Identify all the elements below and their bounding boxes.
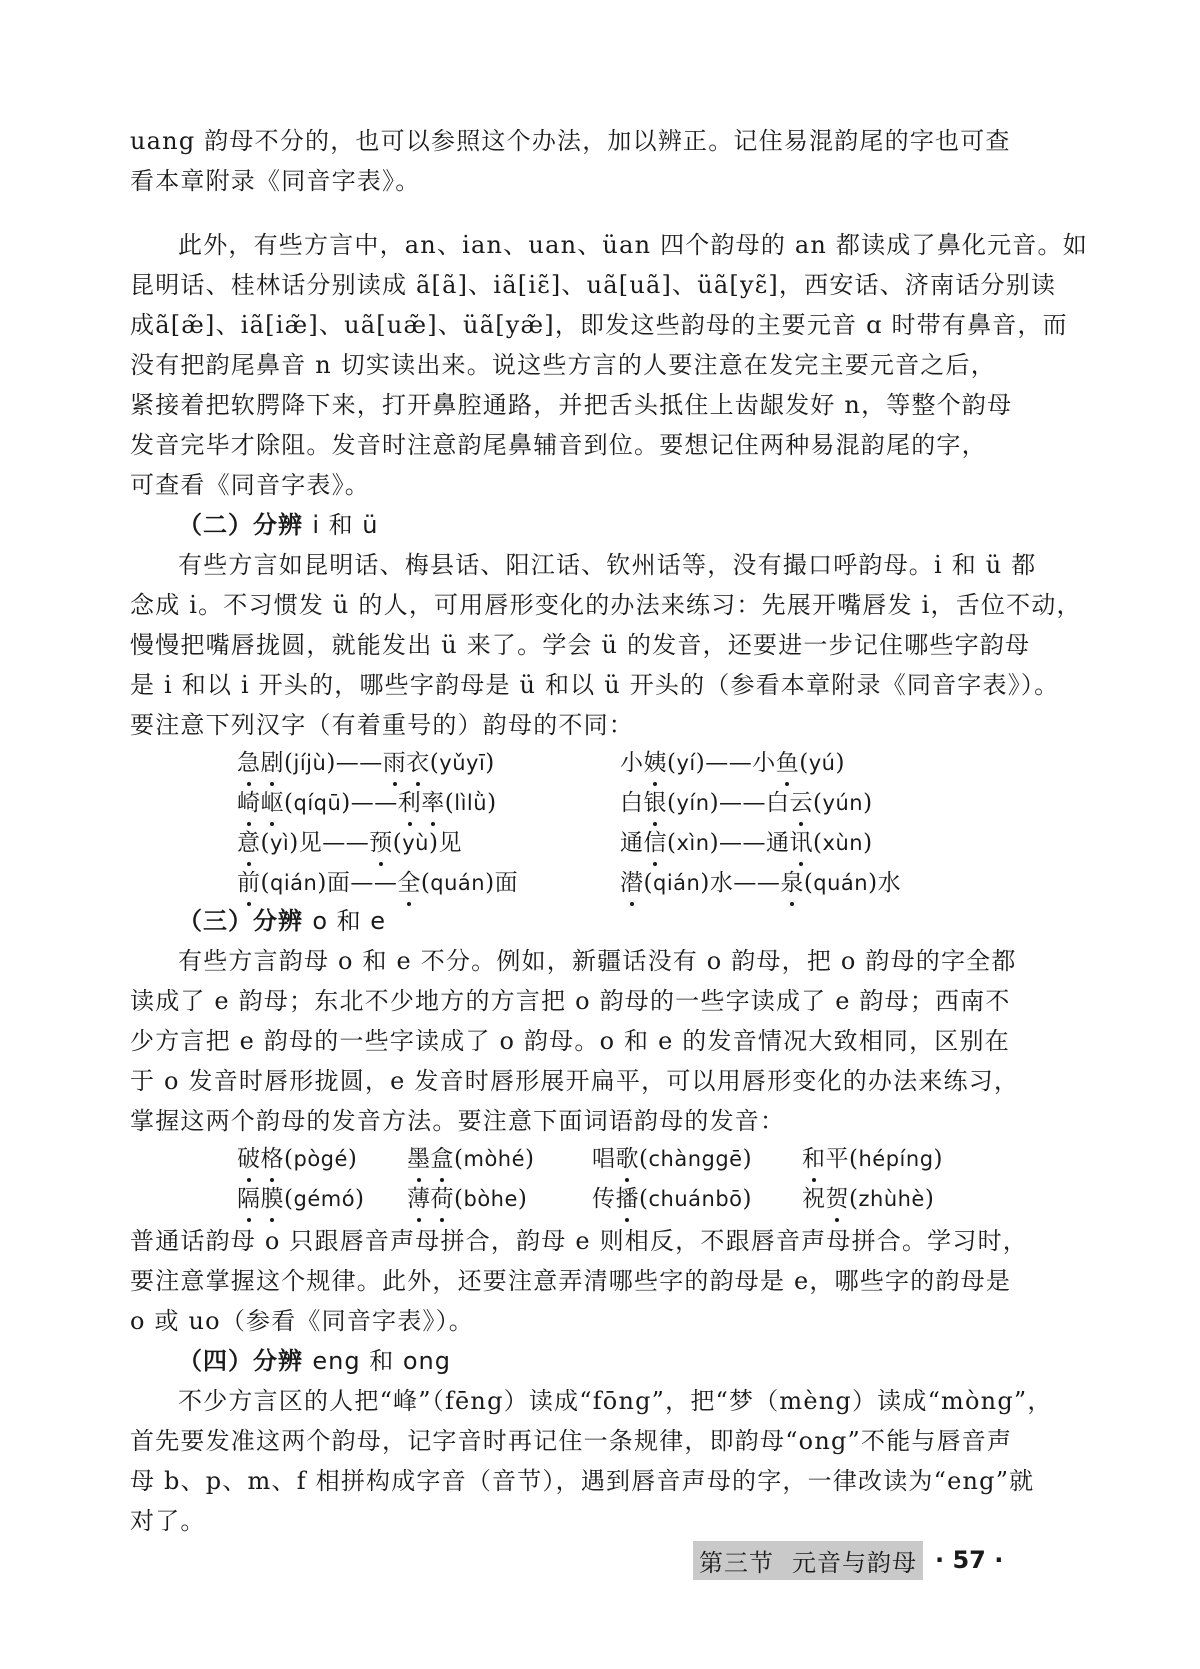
example-word-row: 隔膜(gémó)薄荷(bòhe)传播(chuánbō)祝贺(zhùhè) <box>237 1184 934 1214</box>
paragraph-line: 有些方言韵母 o 和 e 不分。例如，新疆话没有 o 韵母，把 o 韵母的字全都 <box>178 946 1048 976</box>
paragraph-line: 于 o 发音时唇形拢圆，e 发音时唇形展开扁平，可以用唇形变化的办法来练习， <box>130 1066 1000 1096</box>
paragraph-line: 读成了 e 韵母；东北不少地方的方言把 o 韵母的一些字读成了 e 韵母；西南不 <box>130 986 1000 1016</box>
paragraph-line: 是 i 和以 i 开头的，哪些字韵母是 ü 和以 ü 开头的（参看本章附录《同音… <box>130 670 1000 700</box>
section-latin: i 和 ü <box>312 511 378 539</box>
paragraph-line: 有些方言如昆明话、梅县话、阳江话、钦州话等，没有撮口呼韵母。i 和 ü 都 <box>178 550 1048 580</box>
paragraph-line: 可查看《同音字表》。 <box>130 470 1000 500</box>
example-pair: 白银(yín)——白云(yún) <box>620 788 873 818</box>
section-number: （二） <box>178 511 253 539</box>
paragraph-line: 对了。 <box>130 1506 1000 1536</box>
example-pair: 小姨(yí)——小鱼(yú) <box>620 748 845 778</box>
paragraph-line: 不少方言区的人把“峰”（fēng）读成“fōng”，把“梦（mèng）读成“mò… <box>178 1386 1048 1416</box>
footer-title: 元音与韵母 <box>792 1549 917 1577</box>
section-latin: eng 和 ong <box>312 1347 451 1375</box>
example-pair: 潜(qián)水——泉(quán)水 <box>620 868 901 898</box>
section-latin: o 和 e <box>312 907 386 935</box>
page-footer: 第三节元音与韵母 · 57 · <box>693 1542 1003 1578</box>
paragraph-line: 昆明话、桂林话分别读成 ã[ã]、iã[iɛ̃]、uã[uã]、üã[yɛ̃]，… <box>130 270 1000 300</box>
section-number: （三） <box>178 907 253 935</box>
section-number: （四） <box>178 1347 253 1375</box>
paragraph-line: 要注意掌握这个规律。此外，还要注意弄清哪些字的韵母是 e，哪些字的韵母是 <box>130 1266 1000 1296</box>
paragraph-line: 发音完毕才除阻。发音时注意韵尾鼻辅音到位。要想记住两种易混韵尾的字， <box>130 430 1000 460</box>
paragraph-line: 成ã[æ̃]、iã[iæ̃]、uã[uæ̃]、üã[yæ̃]，即发这些韵母的主要… <box>130 310 1000 340</box>
paragraph-line: 首先要发准这两个韵母，记字音时再记住一条规律，即韵母“ong”不能与唇音声 <box>130 1426 1000 1456</box>
paragraph-line: 没有把韵尾鼻音 n 切实读出来。说这些方言的人要注意在发完主要元音之后， <box>130 350 1000 380</box>
paragraph-line: uang 韵母不分的，也可以参照这个办法，加以辨正。记住易混韵尾的字也可查 <box>130 126 1000 156</box>
page-number: · 57 · <box>935 1546 1003 1574</box>
paragraph-line: 慢慢把嘴唇拢圆，就能发出 ü 来了。学会 ü 的发音，还要进一步记住哪些字韵母 <box>130 630 1000 660</box>
example-word-row: 破格(pògé)墨盒(mòhé)唱歌(chànggē)和平(hépíng) <box>237 1144 943 1174</box>
example-pair: 崎岖(qíqū)——利率(lìlǜ) <box>237 788 497 818</box>
example-pair: 急剧(jíjù)——雨衣(yǔyī) <box>237 748 495 778</box>
paragraph-line: 此外，有些方言中，an、ian、uan、üan 四个韵母的 an 都读成了鼻化元… <box>178 230 1048 260</box>
paragraph-line: 掌握这两个韵母的发音方法。要注意下面词语韵母的发音： <box>130 1106 1000 1136</box>
example-pair: 通信(xìn)——通讯(xùn) <box>620 828 873 858</box>
running-footer-label: 第三节元音与韵母 <box>693 1541 923 1580</box>
section-title: 分辨 <box>253 511 303 539</box>
section-title: 分辨 <box>253 907 303 935</box>
paragraph-line: 看本章附录《同音字表》。 <box>130 166 1000 196</box>
paragraph-line: 母 b、p、m、f 相拼构成字音（音节），遇到唇音声母的字，一律改读为“eng”… <box>130 1466 1000 1496</box>
section-title: 分辨 <box>253 1347 303 1375</box>
footer-section: 第三节 <box>699 1549 774 1577</box>
section-heading-i-u: （二）分辨 i 和 ü <box>178 510 379 540</box>
example-pair: 前(qián)面——全(quán)面 <box>237 868 518 898</box>
paragraph-line: 少方言把 e 韵母的一些字读成了 o 韵母。o 和 e 的发音情况大致相同，区别… <box>130 1026 1000 1056</box>
paragraph-line: 紧接着把软腭降下来，打开鼻腔通路，并把舌头抵住上齿龈发好 n，等整个韵母 <box>130 390 1000 420</box>
paragraph-line: o 或 uo（参看《同音字表》）。 <box>130 1306 1000 1336</box>
paragraph-line: 普通话韵母 o 只跟唇音声母拼合，韵母 e 则相反，不跟唇音声母拼合。学习时， <box>130 1226 1000 1256</box>
example-pair: 意(yì)见——预(yù)见 <box>237 828 462 858</box>
section-heading-eng-ong: （四）分辨 eng 和 ong <box>178 1346 451 1376</box>
book-page: uang 韵母不分的，也可以参照这个办法，加以辨正。记住易混韵尾的字也可查 看本… <box>0 0 1200 1669</box>
section-heading-o-e: （三）分辨 o 和 e <box>178 906 386 936</box>
paragraph-line: 要注意下列汉字（有着重号的）韵母的不同： <box>130 710 1000 740</box>
paragraph-line: 念成 i。不习惯发 ü 的人，可用唇形变化的办法来练习：先展开嘴唇发 i，舌位不… <box>130 590 1000 620</box>
